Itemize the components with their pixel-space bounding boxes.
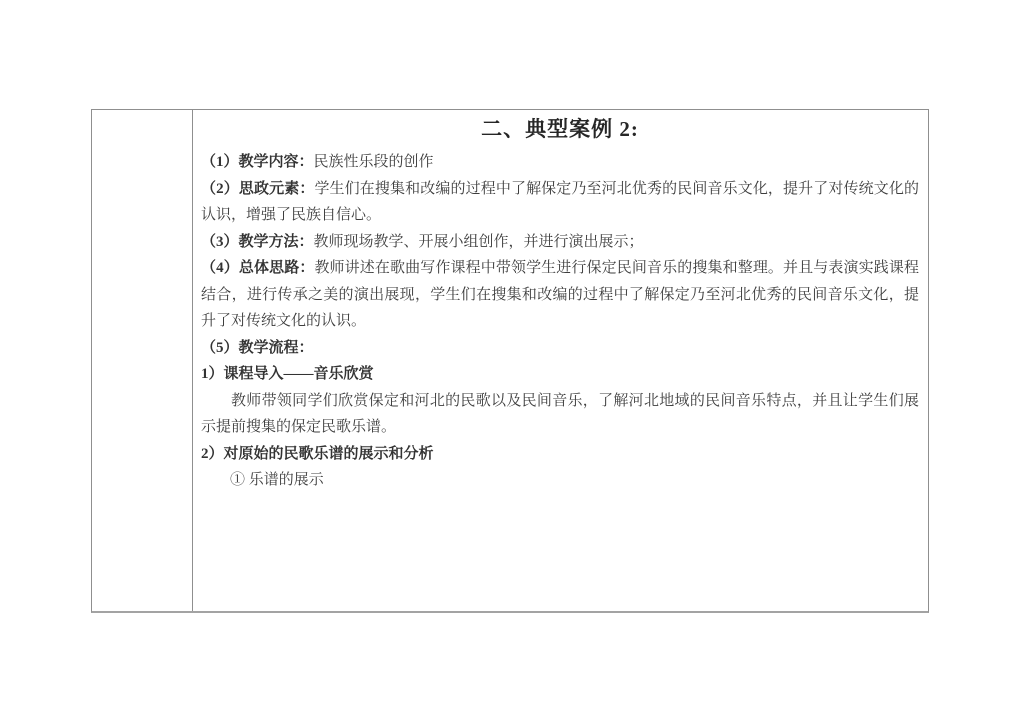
paragraph-step-2-heading: 2）对原始的民歌乐谱的展示和分析 [201,441,919,468]
label-text-segment: 1）课程导入——音乐欣赏 [201,366,374,382]
paragraph-ideological-elements: （2）思政元素：学生们在搜集和改编的过程中了解保定乃至河北优秀的民间音乐文化，提… [201,176,919,229]
body-text-segment: 民族性乐段的创作 [314,154,434,170]
content-table: 二、典型案例 2: （1）教学内容：民族性乐段的创作（2）思政元素：学生们在搜集… [91,109,929,613]
section-title: 二、典型案例 2: [201,115,919,143]
label-text-segment: （1）教学内容： [201,154,314,170]
label-text-segment: （2）思政元素： [201,181,314,197]
paragraph-teaching-process-heading: （5）教学流程： [201,335,919,362]
paragraph-step-1-body: 教师带领同学们欣赏保定和河北的民歌以及民间音乐，了解河北地域的民间音乐特点，并且… [201,388,919,441]
label-text-segment: 2）对原始的民歌乐谱的展示和分析 [201,446,434,462]
body-text-segment: 教师现场教学、开展小组创作，并进行演出展示； [314,234,644,250]
table-main-cell: 二、典型案例 2: （1）教学内容：民族性乐段的创作（2）思政元素：学生们在搜集… [193,110,928,611]
paragraph-container: （1）教学内容：民族性乐段的创作（2）思政元素：学生们在搜集和改编的过程中了解保… [201,149,919,494]
paragraph-step-1-heading: 1）课程导入——音乐欣赏 [201,361,919,388]
paragraph-teaching-content: （1）教学内容：民族性乐段的创作 [201,149,919,176]
paragraph-overall-approach: （4）总体思路：教师讲述在歌曲写作课程中带领学生进行保定民间音乐的搜集和整理。并… [201,255,919,335]
label-text-segment: （3）教学方法： [201,234,314,250]
paragraph-step-2-sub-item: ① 乐谱的展示 [201,467,919,494]
body-text-segment: ① 乐谱的展示 [230,472,324,488]
table-left-empty-cell [92,110,193,611]
label-text-segment: （5）教学流程： [201,340,314,356]
body-text-segment: 教师带领同学们欣赏保定和河北的民歌以及民间音乐，了解河北地域的民间音乐特点，并且… [201,393,919,436]
paragraph-teaching-method: （3）教学方法：教师现场教学、开展小组创作，并进行演出展示； [201,229,919,256]
label-text-segment: （4）总体思路： [201,260,314,276]
